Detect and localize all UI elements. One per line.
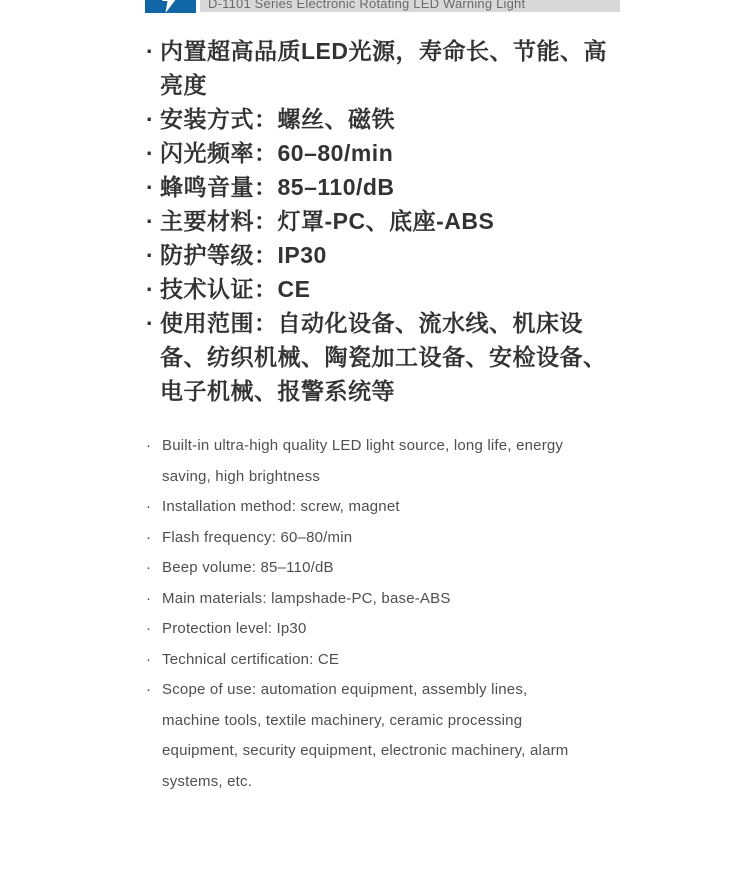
- bullet-dot: ·: [146, 238, 154, 272]
- spec-text-en: Built-in ultra-high quality LED light so…: [162, 437, 563, 454]
- spec-text-en: Technical certification: CE: [162, 651, 339, 668]
- spec-line-en: · Installation method: screw, magnet: [146, 492, 726, 523]
- bullet-dot: ·: [146, 431, 151, 462]
- brand-logo: [145, 0, 196, 13]
- bullet-dot: ·: [146, 34, 154, 68]
- spec-text-en: Beep volume: 85–110/dB: [162, 559, 334, 576]
- spec-text-cn: 亮度: [160, 72, 207, 98]
- spec-line-en: · Built-in ultra-high quality LED light …: [146, 431, 726, 462]
- spec-text-cn: 内置超高品质LED光源，寿命长、节能、高: [160, 38, 607, 64]
- spec-text-en: Flash frequency: 60–80/min: [162, 529, 352, 546]
- spec-text-cn: 防护等级：IP30: [160, 242, 327, 268]
- bullet-dot: ·: [146, 102, 154, 136]
- spec-line-en: · systems, etc.: [146, 767, 726, 798]
- section-title-bar: D-1101 Series Electronic Rotating LED Wa…: [200, 0, 620, 12]
- spec-line-en: · Main materials: lampshade-PC, base-ABS: [146, 584, 726, 615]
- bullet-dot: ·: [146, 523, 151, 554]
- spec-line-en: · Flash frequency: 60–80/min: [146, 523, 726, 554]
- spec-line-cn: · 主要材料：灯罩-PC、底座-ABS: [146, 204, 726, 238]
- section-title: D-1101 Series Electronic Rotating LED Wa…: [208, 0, 620, 11]
- spec-line-cn: · 内置超高品质LED光源，寿命长、节能、高: [146, 34, 726, 68]
- spec-text-cn: 使用范围：自动化设备、流水线、机床设: [160, 310, 583, 336]
- spec-text-cn: 闪光频率：60–80/min: [160, 140, 393, 166]
- bullet-dot: ·: [146, 675, 151, 706]
- spec-line-en: · saving, high brightness: [146, 462, 726, 493]
- spec-text-cn: 技术认证：CE: [160, 276, 310, 302]
- bullet-dot: ·: [146, 614, 151, 645]
- spec-line-cn: · 电子机械、报警系统等: [146, 374, 726, 408]
- specs-list-chinese: · 内置超高品质LED光源，寿命长、节能、高 · 亮度 · 安装方式：螺丝、磁铁…: [146, 34, 726, 408]
- bullet-dot: ·: [146, 584, 151, 615]
- spec-text-cn: 备、纺织机械、陶瓷加工设备、安检设备、: [160, 344, 607, 370]
- bullet-dot: ·: [146, 136, 154, 170]
- spec-line-cn: · 防护等级：IP30: [146, 238, 726, 272]
- lightning-icon: [158, 0, 182, 13]
- spec-line-cn: · 亮度: [146, 68, 726, 102]
- spec-text-en: Protection level: Ip30: [162, 620, 306, 637]
- spec-text-en: machine tools, textile machinery, cerami…: [162, 712, 522, 729]
- spec-text-cn: 蜂鸣音量：85–110/dB: [160, 174, 395, 200]
- product-detail-page: D-1101 Series Electronic Rotating LED Wa…: [0, 0, 750, 875]
- spec-line-cn: · 闪光频率：60–80/min: [146, 136, 726, 170]
- spec-text-en: Scope of use: automation equipment, asse…: [162, 681, 527, 698]
- spec-line-cn: · 备、纺织机械、陶瓷加工设备、安检设备、: [146, 340, 726, 374]
- spec-text-cn: 安装方式：螺丝、磁铁: [160, 106, 395, 132]
- spec-line-en: · Technical certification: CE: [146, 645, 726, 676]
- spec-text-en: saving, high brightness: [162, 468, 320, 485]
- spec-text-cn: 主要材料：灯罩-PC、底座-ABS: [160, 208, 494, 234]
- spec-line-cn: · 使用范围：自动化设备、流水线、机床设: [146, 306, 726, 340]
- spec-line-cn: · 技术认证：CE: [146, 272, 726, 306]
- bullet-dot: ·: [146, 553, 151, 584]
- bullet-dot: ·: [146, 492, 151, 523]
- spec-line-en: · machine tools, textile machinery, cera…: [146, 706, 726, 737]
- bullet-dot: ·: [146, 204, 154, 238]
- spec-text-en: equipment, security equipment, electroni…: [162, 742, 569, 759]
- spec-line-cn: · 蜂鸣音量：85–110/dB: [146, 170, 726, 204]
- spec-text-en: systems, etc.: [162, 773, 252, 790]
- bullet-dot: ·: [146, 306, 154, 340]
- spec-line-en: · Scope of use: automation equipment, as…: [146, 675, 726, 706]
- bullet-dot: ·: [146, 645, 151, 676]
- spec-text-en: Main materials: lampshade-PC, base-ABS: [162, 590, 451, 607]
- spec-line-cn: · 安装方式：螺丝、磁铁: [146, 102, 726, 136]
- specs-list-english: · Built-in ultra-high quality LED light …: [146, 431, 726, 797]
- spec-line-en: · equipment, security equipment, electro…: [146, 736, 726, 767]
- spec-line-en: · Protection level: Ip30: [146, 614, 726, 645]
- spec-line-en: · Beep volume: 85–110/dB: [146, 553, 726, 584]
- bullet-dot: ·: [146, 170, 154, 204]
- bullet-dot: ·: [146, 272, 154, 306]
- spec-text-cn: 电子机械、报警系统等: [160, 378, 395, 404]
- spec-text-en: Installation method: screw, magnet: [162, 498, 400, 515]
